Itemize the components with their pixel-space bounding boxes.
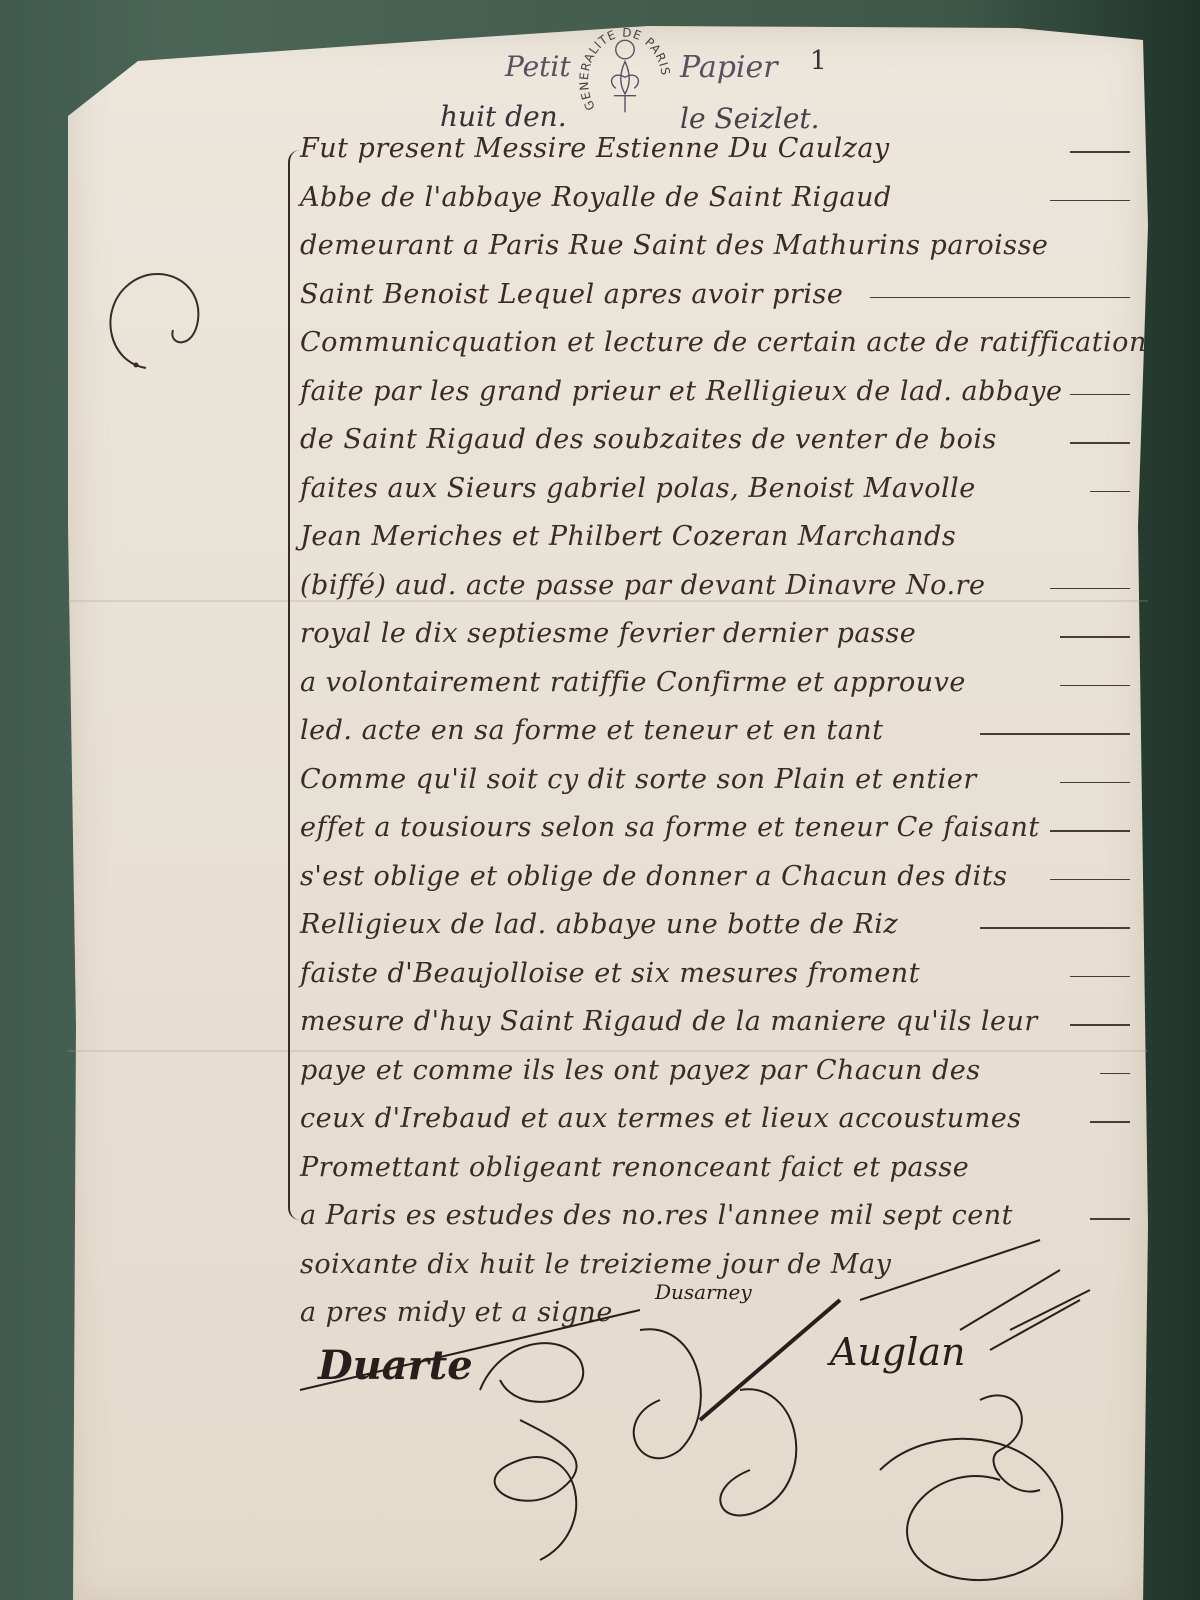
text-line: (biffé) aud. acte passe par devant Dinav… — [300, 562, 1130, 611]
text-line: Fut present Messire Estienne Du Caulzay — [300, 125, 1130, 174]
text-line: a Paris es estudes des no.res l'annee mi… — [300, 1192, 1130, 1241]
text-line: faites aux Sieurs gabriel polas, Benoist… — [300, 465, 1130, 514]
text-line: Saint Benoist Lequel apres avoir prise — [300, 271, 1130, 320]
text-line: Promettant obligeant renonceant faict et… — [300, 1144, 1130, 1193]
stamp-label-petit: Petit — [505, 50, 571, 83]
text-line: paye et comme ils les ont payez par Chac… — [300, 1047, 1130, 1096]
page-number: 1 — [810, 46, 827, 76]
text-line: royal le dix septiesme fevrier dernier p… — [300, 610, 1130, 659]
margin-flourish-icon — [88, 250, 228, 390]
text-line: led. acte en sa forme et teneur et en ta… — [300, 707, 1130, 756]
text-line: a volontairement ratiffie Confirme et ap… — [300, 659, 1130, 708]
signature-dusarney: Dusarney — [655, 1280, 752, 1304]
text-line: ceux d'Irebaud et aux termes et lieux ac… — [300, 1095, 1130, 1144]
stamp-label-papier: Papier — [680, 50, 778, 85]
text-line: Relligieux de lad. abbaye une botte de R… — [300, 901, 1130, 950]
fleur-de-lis-icon: GENERALITE DE PARIS — [575, 20, 675, 140]
text-line: effet a tousiours selon sa forme et tene… — [300, 804, 1130, 853]
signature-duarte: Duarte — [318, 1342, 473, 1389]
text-line: Comme qu'il soit cy dit sorte son Plain … — [300, 756, 1130, 805]
text-line: Abbe de l'abbaye Royalle de Saint Rigaud — [300, 174, 1130, 223]
text-line: mesure d'huy Saint Rigaud de la maniere … — [300, 998, 1130, 1047]
text-line: demeurant a Paris Rue Saint des Mathurin… — [300, 222, 1130, 271]
text-line: Jean Meriches et Philbert Cozeran Marcha… — [300, 513, 1130, 562]
text-line: s'est oblige et oblige de donner a Chacu… — [300, 853, 1130, 902]
signature-auglan: Auglan — [830, 1330, 966, 1374]
document-body: Fut present Messire Estienne Du Caulzay … — [300, 125, 1130, 1338]
text-line: faiste d'Beaujolloise et six mesures fro… — [300, 950, 1130, 999]
text-line: Communicquation et lecture de certain ac… — [300, 319, 1130, 368]
text-line: de Saint Rigaud des soubzaites de venter… — [300, 416, 1130, 465]
text-line: faite par les grand prieur et Relligieux… — [300, 368, 1130, 417]
